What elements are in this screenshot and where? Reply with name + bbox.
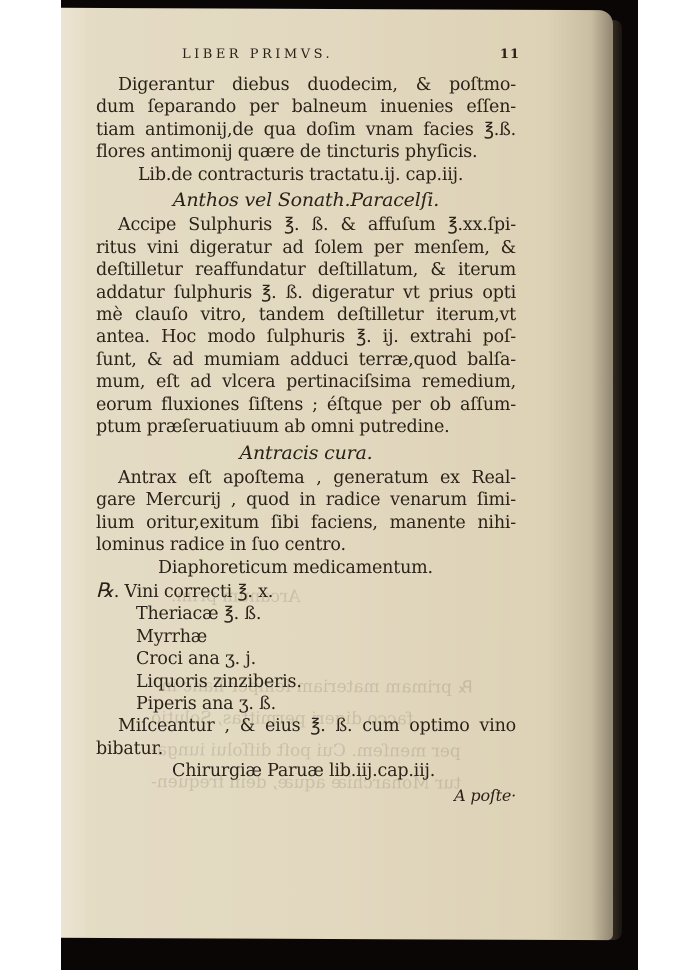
recipe-ingredient: Theriacæ ℥. ß. [96,603,516,625]
recipe-ingredient: Piperis ana ʒ. ß. [96,693,516,715]
text-line: antea. Hoc modo ſulphuris ℥. ij. extrahi… [96,326,516,348]
text-line: tiam antimonij,de qua doſim vnam facies … [96,119,516,141]
running-head-title: LIBER PRIMVS. [182,44,333,66]
paragraph-accipe: Accipe Sulphuris ℥. ß. & affuſum ℥.xx.ſp… [96,214,516,438]
recipe-ingredient: Croci ana ʒ. j. [96,648,516,670]
recipe-ingredient: Myrrhæ [96,626,516,648]
section-heading-anthos: Anthos vel Sonath.Paracelſi. [96,189,516,211]
recipe-ingredient: Liquoris zinziberis. [96,671,516,693]
text-line: Digerantur diebus duodecim, & poſtmo- [96,74,516,96]
catchword: A poſte· [96,785,516,807]
text-line: ſunt, & ad mumiam adduci terræ,quod balſ… [96,349,516,371]
text-line: mè clauſo vitro, tandem deſtilletur iter… [96,304,516,326]
section-heading-antracis: Antracis cura. [96,442,516,464]
text-line: mum, eſt ad vlcera pertinaciſsima remedi… [96,371,516,393]
text-line: ritus vini digeratur ad ſolem per menſem… [96,237,516,259]
running-head: LIBER PRIMVS. 11 [96,44,516,68]
rx-icon: ℞ [96,578,114,602]
text-line: lominus radice in ſuo centro. [96,534,516,556]
citation-contracturis: Lib.de contracturis tractatu.ij. cap.iij… [96,164,516,186]
text-line: lium oritur,exitum ſibi faciens, manente… [96,512,516,534]
subheading-diaphoreticum: Diaphoreticum medicamentum. [96,557,516,579]
page-number: 11 [500,44,520,66]
citation-chirurgiae: Chirurgiæ Paruæ lib.iij.cap.iij. [96,760,516,782]
paragraph-digerantur: Digerantur diebus duodecim, & poſtmo- du… [96,74,516,164]
recipe-ingredient: Vini correcti ℥. x. [124,582,273,602]
page-text: LIBER PRIMVS. 11 Digerantur diebus duode… [96,50,516,807]
text-line: eorum fluxiones ſiſtens ; éſtque per ob … [96,394,516,416]
text-line: addatur ſulphuris ℥. ß. digeratur vt pri… [96,282,516,304]
text-line: gare Mercurij , quod in radice venarum ſ… [96,489,516,511]
paragraph-misceantur: Miſceantur , & eius ℥. ß. cum optimo vin… [96,715,516,760]
text-line: flores antimonij quære de tincturis phyſ… [96,141,516,163]
recipe: ℞. Vini correcti ℥. x. Theriacæ ℥. ß. My… [96,579,516,715]
text-line: dum ſeparando per balneum inuenies eſſen… [96,96,516,118]
text-line: Miſceantur , & eius ℥. ß. cum optimo vin… [96,715,516,737]
text-line: ptum præſeruatiuum ab omni putredine. [96,416,516,438]
text-line: Accipe Sulphuris ℥. ß. & affuſum ℥.xx.ſp… [96,214,516,236]
text-line: bibatur. [96,738,516,760]
paragraph-antrax: Antrax eſt apoſtema , generatum ex Real-… [96,467,516,557]
recipe-first-line: ℞. Vini correcti ℥. x. [96,579,516,603]
text-line: Antrax eſt apoſtema , generatum ex Real- [96,467,516,489]
text-line: deſtilletur reaffundatur deſtillatum, & … [96,259,516,281]
